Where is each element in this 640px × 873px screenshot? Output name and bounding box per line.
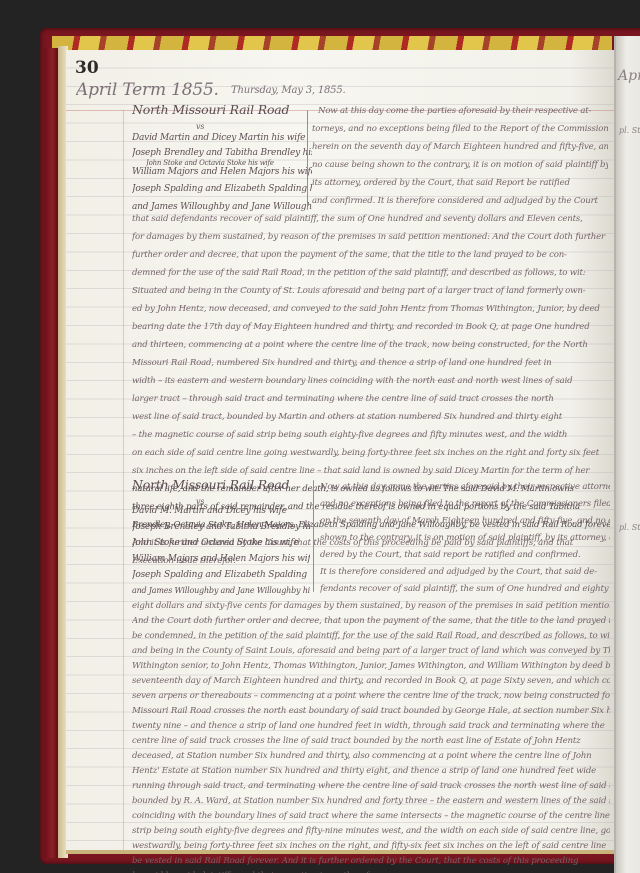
brace — [313, 480, 314, 592]
text-line: strip being south eighty-five degrees an… — [132, 826, 610, 836]
facing-margin-note: pl. St. L — [619, 523, 640, 532]
defendant-line: and James Willoughby and Jane Willoughby… — [132, 586, 310, 595]
facing-heading-fragment: Apri — [618, 68, 640, 84]
text-line: eight dollars and sixty-five cents for d… — [132, 601, 610, 611]
text-line: Hentz' Estate at Station number Six hund… — [132, 766, 610, 776]
marbled-endpaper — [52, 36, 612, 50]
text-line: Missouri Rail Road crosses the north eas… — [132, 706, 610, 716]
text-line: fendants recover of said plaintiff, the … — [320, 584, 610, 594]
facing-page: Apri pl. St. Lo pl. St. L — [614, 36, 640, 873]
text-line: running through said tract, and terminat… — [132, 781, 610, 791]
facing-margin-note: pl. St. Lo — [619, 126, 640, 135]
defendant-line: William Majors and Helen Majors his wife — [132, 554, 310, 564]
text-line: deceased, at Station number Six hundred … — [132, 751, 610, 761]
text-line: be condemned, in the petition of the sai… — [132, 631, 610, 641]
text-line: Now at this day come the parties aforesa… — [320, 482, 610, 492]
versus-label: vs — [196, 497, 204, 506]
text-line: on the seventh day of March Eighteen hun… — [320, 516, 610, 526]
text-line: seventeenth day of March Eighteen hundre… — [132, 676, 610, 686]
defendant-line: Joseph Spalding and Elizabeth Spalding h… — [132, 570, 310, 580]
text-line: It is therefore considered and adjudged … — [320, 567, 610, 577]
text-line: westwardly, being forty-three feet six i… — [132, 841, 610, 851]
text-line: dered by the Court, that said report be … — [320, 550, 610, 560]
case-title: North Missouri Rail Road — [132, 477, 289, 492]
text-line: Withington senior, to John Hentz, Thomas… — [132, 661, 610, 671]
text-line: coinciding with the boundary lines of sa… — [132, 811, 610, 821]
defendant-line: John Stoke and Octavia Stoke his wife — [132, 538, 310, 548]
text-line: and being in the County of Saint Louis, … — [132, 646, 610, 656]
text-line: and no exceptions being filed to the rep… — [320, 499, 610, 509]
ledger-binding-edge — [44, 48, 58, 858]
defendant-line: Joseph Brendley and Tabitha Brendley his… — [132, 522, 310, 532]
text-line: bounded by R. A. Ward, at Station number… — [132, 796, 610, 806]
text-line: twenty nine – and thence a strip of land… — [132, 721, 610, 731]
text-line: be vested in said Rail Road forever. And… — [132, 856, 610, 866]
text-line: centre line of said track crosses the li… — [132, 736, 610, 746]
text-line: seven arpens or thereabouts – commencing… — [132, 691, 610, 701]
text-line: And the Court doth further order and dec… — [132, 616, 610, 626]
text-line: shown to the contrary, it is on motion o… — [320, 533, 610, 543]
second-entry-layer: North Missouri Rail Road vs David M. Mar… — [66, 50, 614, 850]
defendant-line: David M. Martin and Dicey his wife — [132, 506, 310, 516]
